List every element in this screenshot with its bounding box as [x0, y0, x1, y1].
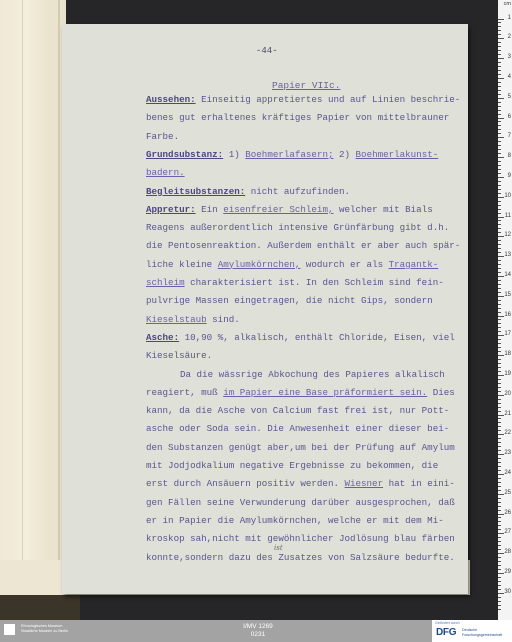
ruler-number: 9 — [508, 173, 511, 179]
ruler-minor-tick — [498, 391, 501, 392]
ruler-number: 1 — [508, 15, 511, 21]
ruler-minor-tick — [498, 189, 501, 190]
ruler-minor-tick — [498, 430, 501, 431]
text-span: den Substanzen genügt aber,um bei der Pr… — [146, 442, 455, 453]
text-span: hat in eini- — [383, 478, 455, 489]
signature-id: I/MV 1269 — [238, 623, 278, 631]
ruler-minor-tick — [498, 442, 501, 443]
text-span: liche kleine — [146, 259, 218, 270]
text-line: benes gut erhaltenes kräftiges Papier vo… — [146, 112, 449, 123]
section-label: Appretur: — [146, 204, 196, 215]
text-span: 1) — [223, 149, 245, 160]
text-span: Kieselsäure. — [146, 350, 212, 361]
ruler-number: 14 — [504, 272, 511, 278]
ruler-minor-tick — [498, 510, 501, 511]
section-label: Begleitsubstanzen: — [146, 186, 245, 197]
text-line: schleim charakterisiert ist. In den Schl… — [146, 277, 444, 288]
ruler-number: 2 — [508, 34, 511, 40]
ruler-minor-tick — [498, 62, 501, 63]
ruler-minor-tick — [498, 486, 501, 487]
ruler-minor-tick — [498, 264, 501, 265]
ruler-minor-tick — [498, 577, 501, 578]
ruler-tick — [498, 58, 504, 59]
ruler-minor-tick — [498, 383, 501, 384]
ruler-minor-tick — [498, 300, 501, 301]
ruler-tick — [498, 355, 504, 356]
ruler-minor-tick — [498, 129, 501, 130]
ruler-minor-tick — [498, 292, 501, 293]
ruler-minor-tick — [498, 220, 501, 221]
ruler-minor-tick — [498, 232, 501, 233]
section-label: Aussehen: — [146, 94, 196, 105]
text-line: Kieselsäure. — [146, 350, 212, 361]
museum-subtitle: Staatliche Museen zu Berlin — [21, 629, 68, 634]
ruler-minor-tick — [498, 82, 501, 83]
dfg-org-name: Deutsche Forschungsgemeinschaft — [462, 628, 502, 637]
text-line: gen Fällen seine Verwunderung darüber au… — [146, 497, 455, 508]
text-span: er in Papier die Amylumkörnchen, welche … — [146, 515, 444, 526]
underlined-term: Tragantk- — [389, 259, 439, 270]
ruler-tick — [498, 236, 504, 237]
ruler-minor-tick — [498, 304, 501, 305]
text-line: reagiert, muß im Papier eine Base präfor… — [146, 387, 455, 398]
ruler-tick — [498, 38, 504, 39]
ruler-tick — [498, 514, 504, 515]
ruler-minor-tick — [498, 42, 501, 43]
ruler-minor-tick — [498, 478, 501, 479]
ruler-minor-tick — [498, 371, 501, 372]
ruler-minor-tick — [498, 327, 501, 328]
ruler-minor-tick — [498, 272, 501, 273]
text-line: den Substanzen genügt aber,um bei der Pr… — [146, 442, 455, 453]
text-line: Asche: 10,90 %, alkalisch, enthält Chlor… — [146, 332, 455, 343]
ruler-minor-tick — [498, 54, 501, 55]
text-line: Farbe. — [146, 131, 179, 142]
ruler-minor-tick — [498, 34, 501, 35]
ruler-number: 12 — [504, 232, 511, 238]
ruler-number: 24 — [504, 470, 511, 476]
underlying-page-edge — [0, 0, 66, 595]
text-span: 10,90 %, alkalisch, enthält Chloride, Ei… — [179, 332, 455, 343]
ruler-tick — [498, 256, 504, 257]
text-line: Begleitsubstanzen: nicht aufzufinden. — [146, 186, 350, 197]
text-line: die Pentosenreaktion. Außerdem enthält e… — [146, 240, 460, 251]
ruler-number: 22 — [504, 430, 511, 436]
ruler-minor-tick — [498, 145, 501, 146]
ruler-minor-tick — [498, 411, 501, 412]
ruler-minor-tick — [498, 161, 501, 162]
ruler-minor-tick — [498, 308, 501, 309]
ruler-tick — [498, 533, 504, 534]
ruler-number: 17 — [504, 331, 511, 337]
ruler-minor-tick — [498, 323, 501, 324]
ruler-tick — [498, 573, 504, 574]
ruler-minor-tick — [498, 114, 501, 115]
ruler-minor-tick — [498, 169, 501, 170]
ruler-minor-tick — [498, 50, 501, 51]
ruler-minor-tick — [498, 450, 501, 451]
ruler-minor-tick — [498, 248, 501, 249]
ruler-number: 3 — [508, 54, 511, 60]
underlined-term: eisenfreier Schleim, — [223, 204, 333, 215]
ruler-minor-tick — [498, 74, 501, 75]
ruler-minor-tick — [498, 244, 501, 245]
text-line: badern. — [146, 167, 185, 178]
ruler-minor-tick — [498, 422, 501, 423]
text-span: pulvrige Massen eingetragen, die nicht G… — [146, 295, 433, 306]
text-span: Farbe. — [146, 131, 179, 142]
ruler-number: 26 — [504, 510, 511, 516]
ruler-minor-tick — [498, 605, 501, 606]
image-number: 0231 — [238, 631, 278, 639]
ruler-minor-tick — [498, 438, 501, 439]
ruler-minor-tick — [498, 462, 501, 463]
ruler-minor-tick — [498, 407, 501, 408]
ruler-minor-tick — [498, 545, 501, 546]
ruler-number: 15 — [504, 292, 511, 298]
text-line: Aussehen: Einseitig appretiertes und auf… — [146, 94, 460, 105]
ruler-minor-tick — [498, 224, 501, 225]
underlined-term: im Papier eine Base präformiert sein. — [223, 387, 427, 398]
ruler-tick — [498, 276, 504, 277]
fold-line — [58, 0, 60, 595]
ruler-minor-tick — [498, 268, 501, 269]
binding-shadow — [0, 595, 80, 620]
ruler-minor-tick — [498, 46, 501, 47]
text-span: gen Fällen seine Verwunderung darüber au… — [146, 497, 455, 508]
text-line: asche oder Soda sein. Die Anwesenheit ei… — [146, 423, 449, 434]
text-span: konnte,sondern dazu des Zusatzes von Sal… — [146, 552, 455, 563]
text-line: Grundsubstanz: 1) Boehmerlafasern; 2) Bo… — [146, 149, 438, 160]
text-span: Reagens außerordentlich intensive Grünfä… — [146, 222, 449, 233]
ruler-number: 13 — [504, 252, 511, 258]
ruler-number: 16 — [504, 312, 511, 318]
ruler-minor-tick — [498, 363, 501, 364]
ruler-minor-tick — [498, 387, 501, 388]
ruler-tick — [498, 98, 504, 99]
ruler-number: 29 — [504, 569, 511, 575]
ruler-minor-tick — [498, 30, 501, 31]
ruler-minor-tick — [498, 466, 501, 467]
text-span: wodurch er als — [300, 259, 388, 270]
shelf-signature: I/MV 1269 0231 — [238, 623, 278, 639]
text-line: pulvrige Massen eingetragen, die nicht G… — [146, 295, 433, 306]
ruler-number: 6 — [508, 114, 511, 120]
ruler-minor-tick — [498, 125, 501, 126]
ruler-minor-tick — [498, 446, 501, 447]
ruler-tick — [498, 415, 504, 416]
ruler-minor-tick — [498, 565, 501, 566]
ruler-minor-tick — [498, 403, 501, 404]
museum-logo-icon — [4, 624, 15, 635]
ruler-number: 5 — [508, 94, 511, 100]
ruler-tick — [498, 375, 504, 376]
ruler-number: 30 — [504, 589, 511, 595]
ruler-minor-tick — [498, 525, 501, 526]
ruler-minor-tick — [498, 260, 501, 261]
ruler-minor-tick — [498, 213, 501, 214]
ruler-minor-tick — [498, 205, 501, 206]
ruler-tick — [498, 553, 504, 554]
ruler-minor-tick — [498, 589, 501, 590]
ruler-tick — [498, 197, 504, 198]
ruler-tick — [498, 316, 504, 317]
ruler-tick — [498, 118, 504, 119]
text-line: liche kleine Amylumkörnchen, wodurch er … — [146, 259, 438, 270]
ruler-minor-tick — [498, 252, 501, 253]
underlined-term: Boehmerlafasern; — [245, 149, 333, 160]
ruler-number: 21 — [504, 411, 511, 417]
ruler-minor-tick — [498, 561, 501, 562]
text-line: Da die wässrige Abkochung des Papieres a… — [180, 369, 445, 380]
text-span: kroskop sah,nicht mit gewöhnlicher Jodlö… — [146, 533, 455, 544]
ruler-minor-tick — [498, 284, 501, 285]
ruler-number: 18 — [504, 351, 511, 357]
ruler-tick — [498, 494, 504, 495]
ruler-minor-tick — [498, 181, 501, 182]
ruler-minor-tick — [498, 185, 501, 186]
ruler-minor-tick — [498, 22, 501, 23]
ruler-tick — [498, 19, 504, 20]
ruler-minor-tick — [498, 597, 501, 598]
funded-by-label: Gefördert durch — [435, 621, 460, 625]
ruler-minor-tick — [498, 490, 501, 491]
ruler-minor-tick — [498, 537, 501, 538]
page-number: -44- — [256, 46, 278, 56]
archive-footer: Ethnologisches Museum Staatliche Museen … — [0, 620, 512, 642]
ruler-minor-tick — [498, 343, 501, 344]
ruler-minor-tick — [498, 506, 501, 507]
ruler-minor-tick — [498, 90, 501, 91]
ruler-minor-tick — [498, 470, 501, 471]
ruler-number: 23 — [504, 450, 511, 456]
ruler-tick — [498, 454, 504, 455]
ruler-minor-tick — [498, 193, 501, 194]
text-line: konnte,sondern dazu des Zusatzes von Sal… — [146, 552, 455, 563]
ruler-minor-tick — [498, 121, 501, 122]
ruler-minor-tick — [498, 557, 501, 558]
ruler-tick — [498, 434, 504, 435]
ruler-minor-tick — [498, 367, 501, 368]
ruler-minor-tick — [498, 351, 501, 352]
ruler-tick — [498, 395, 504, 396]
ruler-minor-tick — [498, 240, 501, 241]
ruler-tick — [498, 137, 504, 138]
ruler-minor-tick — [498, 498, 501, 499]
ruler-minor-tick — [498, 585, 501, 586]
ruler-minor-tick — [498, 26, 501, 27]
ruler-minor-tick — [498, 339, 501, 340]
ruler-minor-tick — [498, 426, 501, 427]
ruler-minor-tick — [498, 110, 501, 111]
ruler-number: 11 — [505, 213, 511, 219]
text-span: mit Jodjodkalium negative Ergebnisse zu … — [146, 460, 438, 471]
ruler-minor-tick — [498, 482, 501, 483]
text-span: Dies — [427, 387, 455, 398]
museum-label: Ethnologisches Museum Staatliche Museen … — [21, 624, 68, 634]
text-line: Appretur: Ein eisenfreier Schleim, welch… — [146, 204, 433, 215]
text-span: Da die wässrige Abkochung des Papieres a… — [180, 369, 445, 380]
text-span: charakterisiert ist. In den Schleim sind… — [185, 277, 444, 288]
ruler-minor-tick — [498, 312, 501, 313]
fold-line — [22, 0, 23, 595]
ruler-minor-tick — [498, 347, 501, 348]
text-span: kann, da die Asche von Calcium fast frei… — [146, 405, 449, 416]
ruler-number: 4 — [508, 74, 511, 80]
measurement-ruler: cm 1234567891011121314151617181920212223… — [498, 0, 512, 620]
text-span: benes gut erhaltenes kräftiges Papier vo… — [146, 112, 449, 123]
pencil-insertion: ist — [274, 544, 283, 552]
ruler-minor-tick — [498, 359, 501, 360]
ruler-minor-tick — [498, 609, 501, 610]
text-span: Einseitig appretiertes und auf Linien be… — [196, 94, 461, 105]
text-line: erst durch Ansäuern positiv werden. Wies… — [146, 478, 455, 489]
dfg-funding-badge: Gefördert durch DFG Deutsche Forschungsg… — [432, 620, 512, 642]
ruler-minor-tick — [498, 418, 501, 419]
underlined-term: Wiesner — [344, 478, 383, 489]
underlined-term: badern. — [146, 167, 185, 178]
text-line: mit Jodjodkalium negative Ergebnisse zu … — [146, 460, 438, 471]
ruler-minor-tick — [498, 209, 501, 210]
underlined-term: schleim — [146, 277, 185, 288]
ruler-number: 10 — [504, 193, 511, 199]
ruler-minor-tick — [498, 94, 501, 95]
section-label: Grundsubstanz: — [146, 149, 223, 160]
ruler-tick — [498, 474, 504, 475]
text-span: 2) — [333, 149, 355, 160]
dfg-logo-icon: DFG — [436, 627, 456, 638]
ruler-minor-tick — [498, 549, 501, 550]
text-line: er in Papier die Amylumkörnchen, welche … — [146, 515, 444, 526]
ruler-minor-tick — [498, 331, 501, 332]
ruler-tick — [498, 335, 504, 336]
ruler-tick — [498, 296, 504, 297]
ruler-number: 7 — [508, 133, 511, 139]
ruler-tick — [498, 593, 504, 594]
ruler-number: 27 — [504, 529, 511, 535]
underlined-term: Boehmerlakunst- — [356, 149, 439, 160]
ruler-minor-tick — [498, 173, 501, 174]
ruler-minor-tick — [498, 70, 501, 71]
ruler-minor-tick — [498, 141, 501, 142]
ruler-minor-tick — [498, 399, 501, 400]
ruler-number: 19 — [504, 371, 511, 377]
ruler-minor-tick — [498, 149, 501, 150]
ruler-minor-tick — [498, 601, 501, 602]
ruler-number: 25 — [504, 490, 511, 496]
ruler-minor-tick — [498, 569, 501, 570]
text-span: reagiert, muß — [146, 387, 223, 398]
ruler-minor-tick — [498, 319, 501, 320]
ruler-minor-tick — [498, 288, 501, 289]
ruler-minor-tick — [498, 280, 501, 281]
ruler-number: 28 — [504, 549, 511, 555]
ruler-tick — [498, 217, 504, 218]
ruler-unit-label: cm — [504, 1, 511, 7]
text-span: asche oder Soda sein. Die Anwesenheit ei… — [146, 423, 449, 434]
ruler-minor-tick — [498, 228, 501, 229]
text-span: welcher mit Bials — [333, 204, 432, 215]
text-span: erst durch Ansäuern positiv werden. — [146, 478, 344, 489]
text-line: Reagens außerordentlich intensive Grünfä… — [146, 222, 449, 233]
ruler-minor-tick — [498, 153, 501, 154]
ruler-minor-tick — [498, 521, 501, 522]
ruler-minor-tick — [498, 133, 501, 134]
ruler-tick — [498, 157, 504, 158]
ruler-minor-tick — [498, 102, 501, 103]
underlined-term: Amylumkörnchen, — [218, 259, 301, 270]
ruler-number: 20 — [504, 391, 511, 397]
ruler-minor-tick — [498, 541, 501, 542]
section-label: Asche: — [146, 332, 179, 343]
text-span: die Pentosenreaktion. Außerdem enthält e… — [146, 240, 460, 251]
text-line: Kieselstaub sind. — [146, 314, 240, 325]
text-line: kann, da die Asche von Calcium fast frei… — [146, 405, 449, 416]
underlined-term: Kieselstaub — [146, 314, 207, 325]
ruler-minor-tick — [498, 379, 501, 380]
ruler-minor-tick — [498, 86, 501, 87]
ruler-minor-tick — [498, 66, 501, 67]
ruler-minor-tick — [498, 529, 501, 530]
ruler-minor-tick — [498, 201, 501, 202]
ruler-tick — [498, 177, 504, 178]
ruler-tick — [498, 78, 504, 79]
text-line: kroskop sah,nicht mit gewöhnlicher Jodlö… — [146, 533, 455, 544]
text-span: Ein — [196, 204, 224, 215]
ruler-number: 8 — [508, 153, 511, 159]
ruler-minor-tick — [498, 458, 501, 459]
ruler-minor-tick — [498, 502, 501, 503]
ruler-minor-tick — [498, 517, 501, 518]
ruler-minor-tick — [498, 106, 501, 107]
text-span: nicht aufzufinden. — [245, 186, 350, 197]
document-page: -44- Papier VIIc. Aussehen: Einseitig ap… — [62, 24, 468, 594]
document-title: Papier VIIc. — [272, 80, 340, 91]
dfg-org-line2: Forschungsgemeinschaft — [462, 633, 502, 638]
text-span: sind. — [207, 314, 240, 325]
ruler-minor-tick — [498, 581, 501, 582]
ruler-minor-tick — [498, 165, 501, 166]
